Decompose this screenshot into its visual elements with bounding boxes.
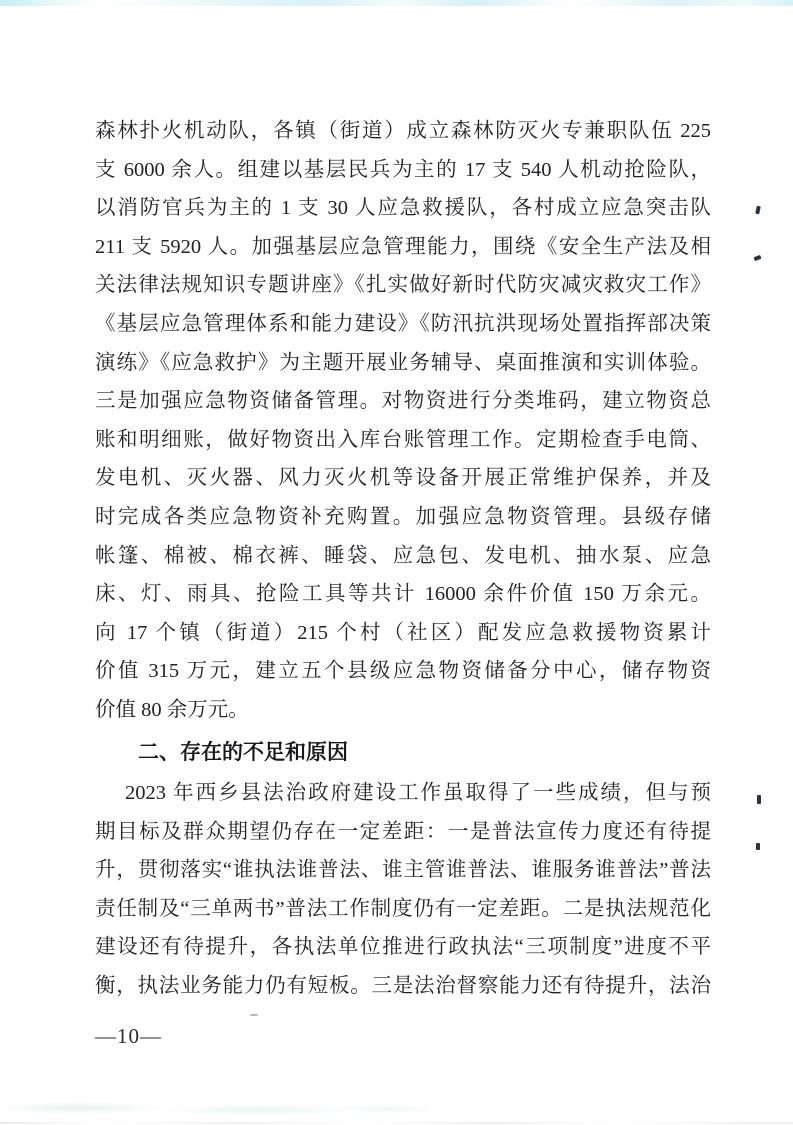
ink-speck <box>755 206 761 215</box>
body-line: 床、灯、雨具、抢险工具等共计 16000 余件价值 150 万余元。 <box>95 575 711 614</box>
body-line: 演练》《应急救护》为主题开展业务辅导、桌面推演和实训体验。 <box>95 344 711 383</box>
body-line: 向 17 个镇（街道）215 个村（社区）配发应急救援物资累计 <box>95 614 711 653</box>
body-line: 2023 年西乡县法治政府建设工作虽取得了一些成绩，但与预 <box>95 774 711 813</box>
body-line: 账和明细账，做好物资出入库台账管理工作。定期检查手电筒、 <box>95 421 711 460</box>
body-line: 关法律法规知识专题讲座》《扎实做好新时代防灾减灾救灾工作》 <box>95 266 711 305</box>
body-line: 时完成各类应急物资补充购置。加强应急物资管理。县级存储 <box>95 498 711 537</box>
section-heading: 二、存在的不足和原因 <box>95 734 711 773</box>
body-line: 责任制及“三单两书”普法工作制度仍有一定差距。二是执法规范化 <box>95 890 711 929</box>
body-line: 三是加强应急物资储备管理。对物资进行分类堆码，建立物资总 <box>95 382 711 421</box>
body-line: 升，贯彻落实“谁执法谁普法、谁主管谁普法、谁服务谁普法”普法 <box>95 851 711 890</box>
ink-speck <box>756 843 760 850</box>
ink-speck <box>754 255 762 261</box>
body-line: 衡，执法业务能力仍有短板。三是法治督察能力还有待提升，法治 <box>95 967 711 1006</box>
body-line: 支 6000 余人。组建以基层民兵为主的 17 支 540 人机动抢险队， <box>95 151 711 190</box>
body-line: 以消防官兵为主的 1 支 30 人应急救援队，各村成立应急突击队 <box>95 189 711 228</box>
body-line: 森林扑火机动队，各镇（街道）成立森林防灭火专兼职队伍 225 <box>95 112 711 151</box>
scan-artifact-top-strip <box>0 0 793 6</box>
ink-speck <box>250 1014 258 1016</box>
ink-speck <box>757 795 761 804</box>
page-number: —10— <box>95 1022 162 1050</box>
document-page: 森林扑火机动队，各镇（街道）成立森林防灭火专兼职队伍 225 支 6000 余人… <box>0 0 793 1125</box>
body-line: 期目标及群众期望仍存在一定差距：一是普法宣传力度还有待提 <box>95 813 711 852</box>
body-line: 211 支 5920 人。加强基层应急管理能力，围绕《安全生产法及相 <box>95 228 711 267</box>
body-line: 《基层应急管理体系和能力建设》《防汛抗洪现场处置指挥部决策 <box>95 305 711 344</box>
body-line: 价值 315 万元，建立五个县级应急物资储备分中心，储存物资 <box>95 652 711 691</box>
body-line: 价值 80 余万元。 <box>95 691 711 730</box>
body-line: 发电机、灭火器、风力灭火机等设备开展正常维护保养，并及 <box>95 459 711 498</box>
scan-artifact-bottom-smudge <box>8 1094 428 1116</box>
scan-artifact-bottom-edge <box>0 1122 793 1124</box>
body-line: 建设还有待提升，各执法单位推进行政执法“三项制度”进度不平 <box>95 928 711 967</box>
document-body: 森林扑火机动队，各镇（街道）成立森林防灭火专兼职队伍 225 支 6000 余人… <box>95 112 711 1006</box>
body-line: 帐篷、棉被、棉衣裤、睡袋、应急包、发电机、抽水泵、应急 <box>95 537 711 576</box>
